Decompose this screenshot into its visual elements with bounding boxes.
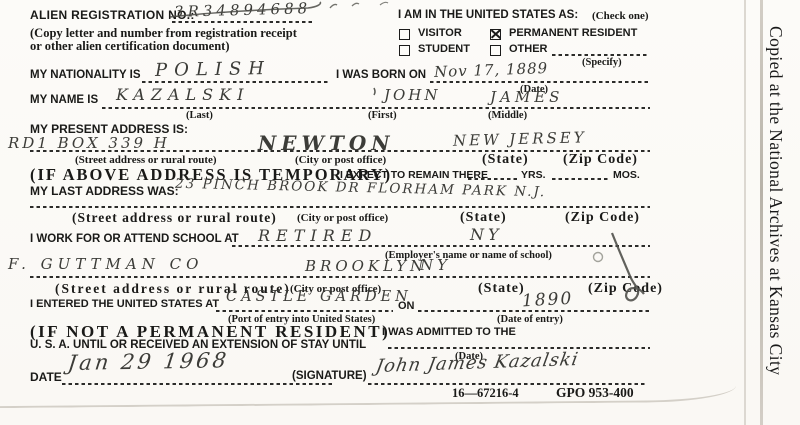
pen-marks-overlay [0,0,800,425]
scanned-alien-registration-card: ALIEN REGISTRATION NO.: 3R34894688 (Copy… [0,0,800,425]
